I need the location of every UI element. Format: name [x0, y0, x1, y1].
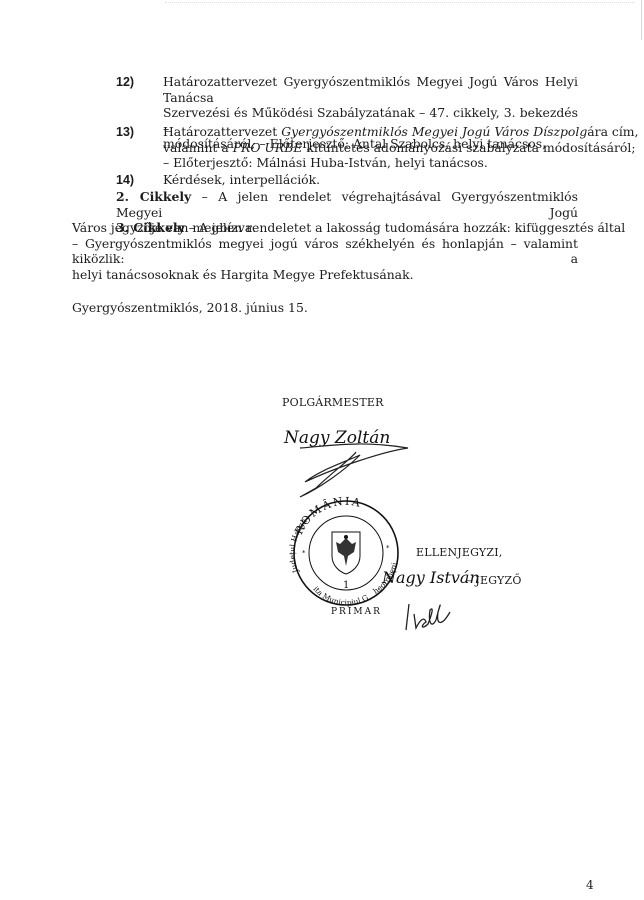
page-number: 4 — [586, 878, 594, 892]
notary-signature — [0, 0, 644, 900]
document-page: 12)Határozattervezet Gyergyószentmiklós … — [0, 0, 644, 900]
